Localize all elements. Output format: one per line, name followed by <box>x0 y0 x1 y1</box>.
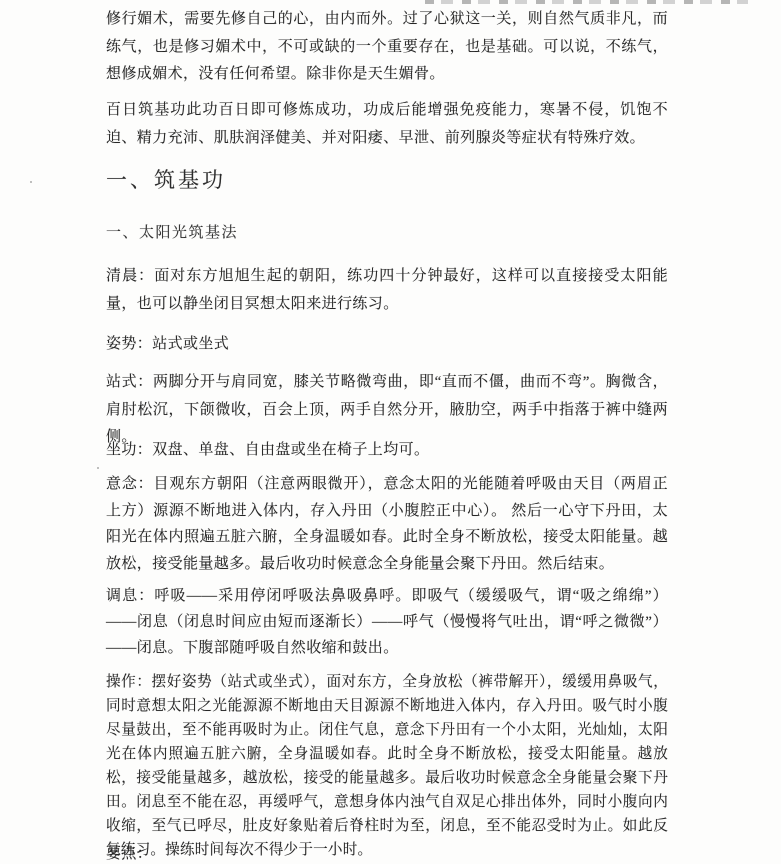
scan-speck <box>97 467 99 469</box>
section-heading-sunlight-method: 一、太阳光筑基法 <box>106 221 238 242</box>
paragraph-posture: 姿势：站式或坐式 <box>106 331 668 359</box>
chapter-heading-zhujigong: 一、筑基功 <box>106 164 226 194</box>
scanned-document-page: 修行媚术，需要先修自己的心，由内而外。过了心狱这一关，则自然气质非凡，而练气，也… <box>0 0 781 864</box>
intro-paragraph-hundred-day-foundation: 百日筑基功此功百日即可修炼成功，功成后能增强免疫能力，寒暑不侵，饥饱不迫、精力充… <box>106 97 668 152</box>
clipped-line-fragment <box>425 0 748 4</box>
intro-paragraph-mind-cultivation: 修行媚术，需要先修自己的心，由内而外。过了心狱这一关，则自然气质非凡，而练气，也… <box>106 6 668 89</box>
paragraph-breath-regulation: 调息：呼吸——采用停闭呼吸法鼻吸鼻呼。即吸气（缓缓吸气，谓“吸之绵绵”）——闭息… <box>106 583 668 661</box>
paragraph-visualization: 意念：目观东方朝阳（注意两眼微开），意念太阳的光能随着呼吸由天目（两眉正上方）源… <box>106 471 668 577</box>
paragraph-morning-practice: 清晨：面对东方旭旭生起的朝阳，练功四十分钟最好，这样可以直接接受太阳能量，也可以… <box>106 263 668 318</box>
paragraph-operation-steps: 操作：摆好姿势（站式或坐式），面对东方，全身放松（裤带解开），缓缓用鼻吸气，同时… <box>106 670 668 862</box>
paragraph-key-points-label: 要点： <box>106 841 668 864</box>
scan-speck <box>30 181 32 183</box>
paragraph-sitting-posture: 坐功：双盘、单盘、自由盘或坐在椅子上均可。 <box>106 437 668 465</box>
